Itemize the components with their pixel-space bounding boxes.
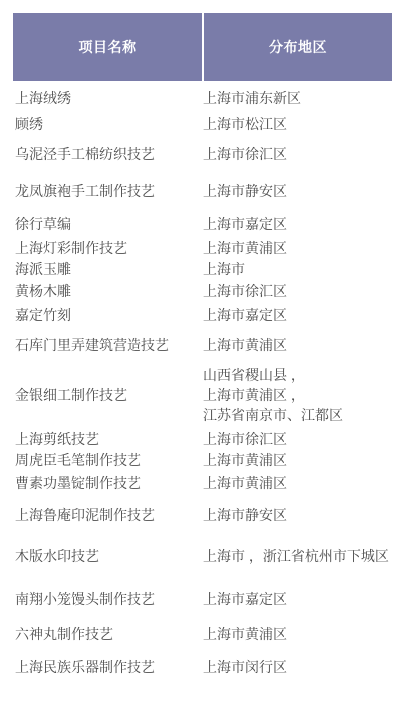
- table-row: 金银细工制作技艺 山西省稷山县 ， 上海市黄浦区 ， 江苏省南京市、江都区: [13, 362, 392, 428]
- table-row: 海派玉雕 上海市: [13, 258, 392, 280]
- table-row: 顾绣 上海市松江区: [13, 111, 392, 136]
- table-body: 上海绒绣 上海市浦东新区 顾绣 上海市松江区 乌泥泾手工棉纺织技艺 上海市徐汇区…: [13, 81, 392, 684]
- project-name-cell: 南翔小笼馒头制作技艺: [13, 589, 203, 609]
- region-cell: 上海市浦东新区: [203, 88, 392, 108]
- table-row: 上海灯彩制作技艺 上海市黄浦区: [13, 237, 392, 258]
- project-name-cell: 六神丸制作技艺: [13, 624, 203, 644]
- page: 项目名称 分布地区 上海绒绣 上海市浦东新区 顾绣 上海市松江区 乌泥泾手工棉纺…: [0, 0, 399, 684]
- table-row: 嘉定竹刻 上海市嘉定区: [13, 302, 392, 328]
- region-cell: 山西省稷山县 ， 上海市黄浦区 ， 江苏省南京市、江都区: [203, 365, 392, 425]
- region-cell: 上海市黄浦区: [203, 335, 392, 355]
- project-name-cell: 周虎臣毛笔制作技艺: [13, 450, 203, 470]
- column-header-project-name: 项目名称: [13, 13, 202, 81]
- table-row: 黄杨木雕 上海市徐汇区: [13, 280, 392, 302]
- region-cell: 上海市徐汇区: [203, 281, 392, 301]
- project-name-cell: 上海绒绣: [13, 88, 203, 108]
- table-row: 六神丸制作技艺 上海市黄浦区: [13, 618, 392, 649]
- project-name-cell: 上海剪纸技艺: [13, 429, 203, 449]
- column-header-region: 分布地区: [204, 13, 392, 81]
- region-cell: 上海市徐汇区: [203, 429, 392, 449]
- region-cell: 上海市黄浦区: [203, 624, 392, 644]
- table-row: 周虎臣毛笔制作技艺 上海市黄浦区: [13, 449, 392, 470]
- table-row: 乌泥泾手工棉纺织技艺 上海市徐汇区: [13, 136, 392, 172]
- project-name-cell: 徐行草编: [13, 214, 203, 234]
- project-name-cell: 黄杨木雕: [13, 281, 203, 301]
- table-row: 徐行草编 上海市嘉定区: [13, 210, 392, 237]
- region-cell: 上海市闵行区: [203, 657, 392, 677]
- project-name-cell: 石库门里弄建筑营造技艺: [13, 335, 203, 355]
- table-row: 上海民族乐器制作技艺 上海市闵行区: [13, 649, 392, 684]
- table-row: 石库门里弄建筑营造技艺 上海市黄浦区: [13, 328, 392, 362]
- project-name-cell: 嘉定竹刻: [13, 305, 203, 325]
- region-cell: 上海市: [203, 259, 392, 279]
- project-name-cell: 金银细工制作技艺: [13, 385, 203, 405]
- region-cell: 上海市黄浦区: [203, 473, 392, 493]
- project-name-cell: 顾绣: [13, 114, 203, 134]
- region-cell: 上海市徐汇区: [203, 144, 392, 164]
- project-name-cell: 曹素功墨锭制作技艺: [13, 473, 203, 493]
- table-row: 木版水印技艺 上海市 ，浙江省杭州市下城区: [13, 533, 392, 579]
- region-cell: 上海市静安区: [203, 181, 392, 201]
- region-cell: 上海市静安区: [203, 505, 392, 525]
- heritage-table: 项目名称 分布地区 上海绒绣 上海市浦东新区 顾绣 上海市松江区 乌泥泾手工棉纺…: [13, 13, 392, 684]
- region-cell: 上海市嘉定区: [203, 214, 392, 234]
- project-name-cell: 上海民族乐器制作技艺: [13, 657, 203, 677]
- region-cell: 上海市黄浦区: [203, 238, 392, 258]
- region-cell: 上海市 ，浙江省杭州市下城区: [203, 546, 392, 566]
- project-name-cell: 木版水印技艺: [13, 546, 203, 566]
- table-row: 上海剪纸技艺 上海市徐汇区: [13, 428, 392, 449]
- table-row: 龙凤旗袍手工制作技艺 上海市静安区: [13, 172, 392, 210]
- table-row: 上海绒绣 上海市浦东新区: [13, 85, 392, 111]
- project-name-cell: 上海鲁庵印泥制作技艺: [13, 505, 203, 525]
- table-header-row: 项目名称 分布地区: [13, 13, 392, 81]
- region-cell: 上海市松江区: [203, 114, 392, 134]
- table-row: 南翔小笼馒头制作技艺 上海市嘉定区: [13, 579, 392, 618]
- table-row: 曹素功墨锭制作技艺 上海市黄浦区: [13, 470, 392, 496]
- region-cell: 上海市嘉定区: [203, 589, 392, 609]
- region-cell: 上海市黄浦区: [203, 450, 392, 470]
- project-name-cell: 乌泥泾手工棉纺织技艺: [13, 144, 203, 164]
- project-name-cell: 龙凤旗袍手工制作技艺: [13, 181, 203, 201]
- project-name-cell: 海派玉雕: [13, 259, 203, 279]
- project-name-cell: 上海灯彩制作技艺: [13, 238, 203, 258]
- region-cell: 上海市嘉定区: [203, 305, 392, 325]
- table-row: 上海鲁庵印泥制作技艺 上海市静安区: [13, 496, 392, 533]
